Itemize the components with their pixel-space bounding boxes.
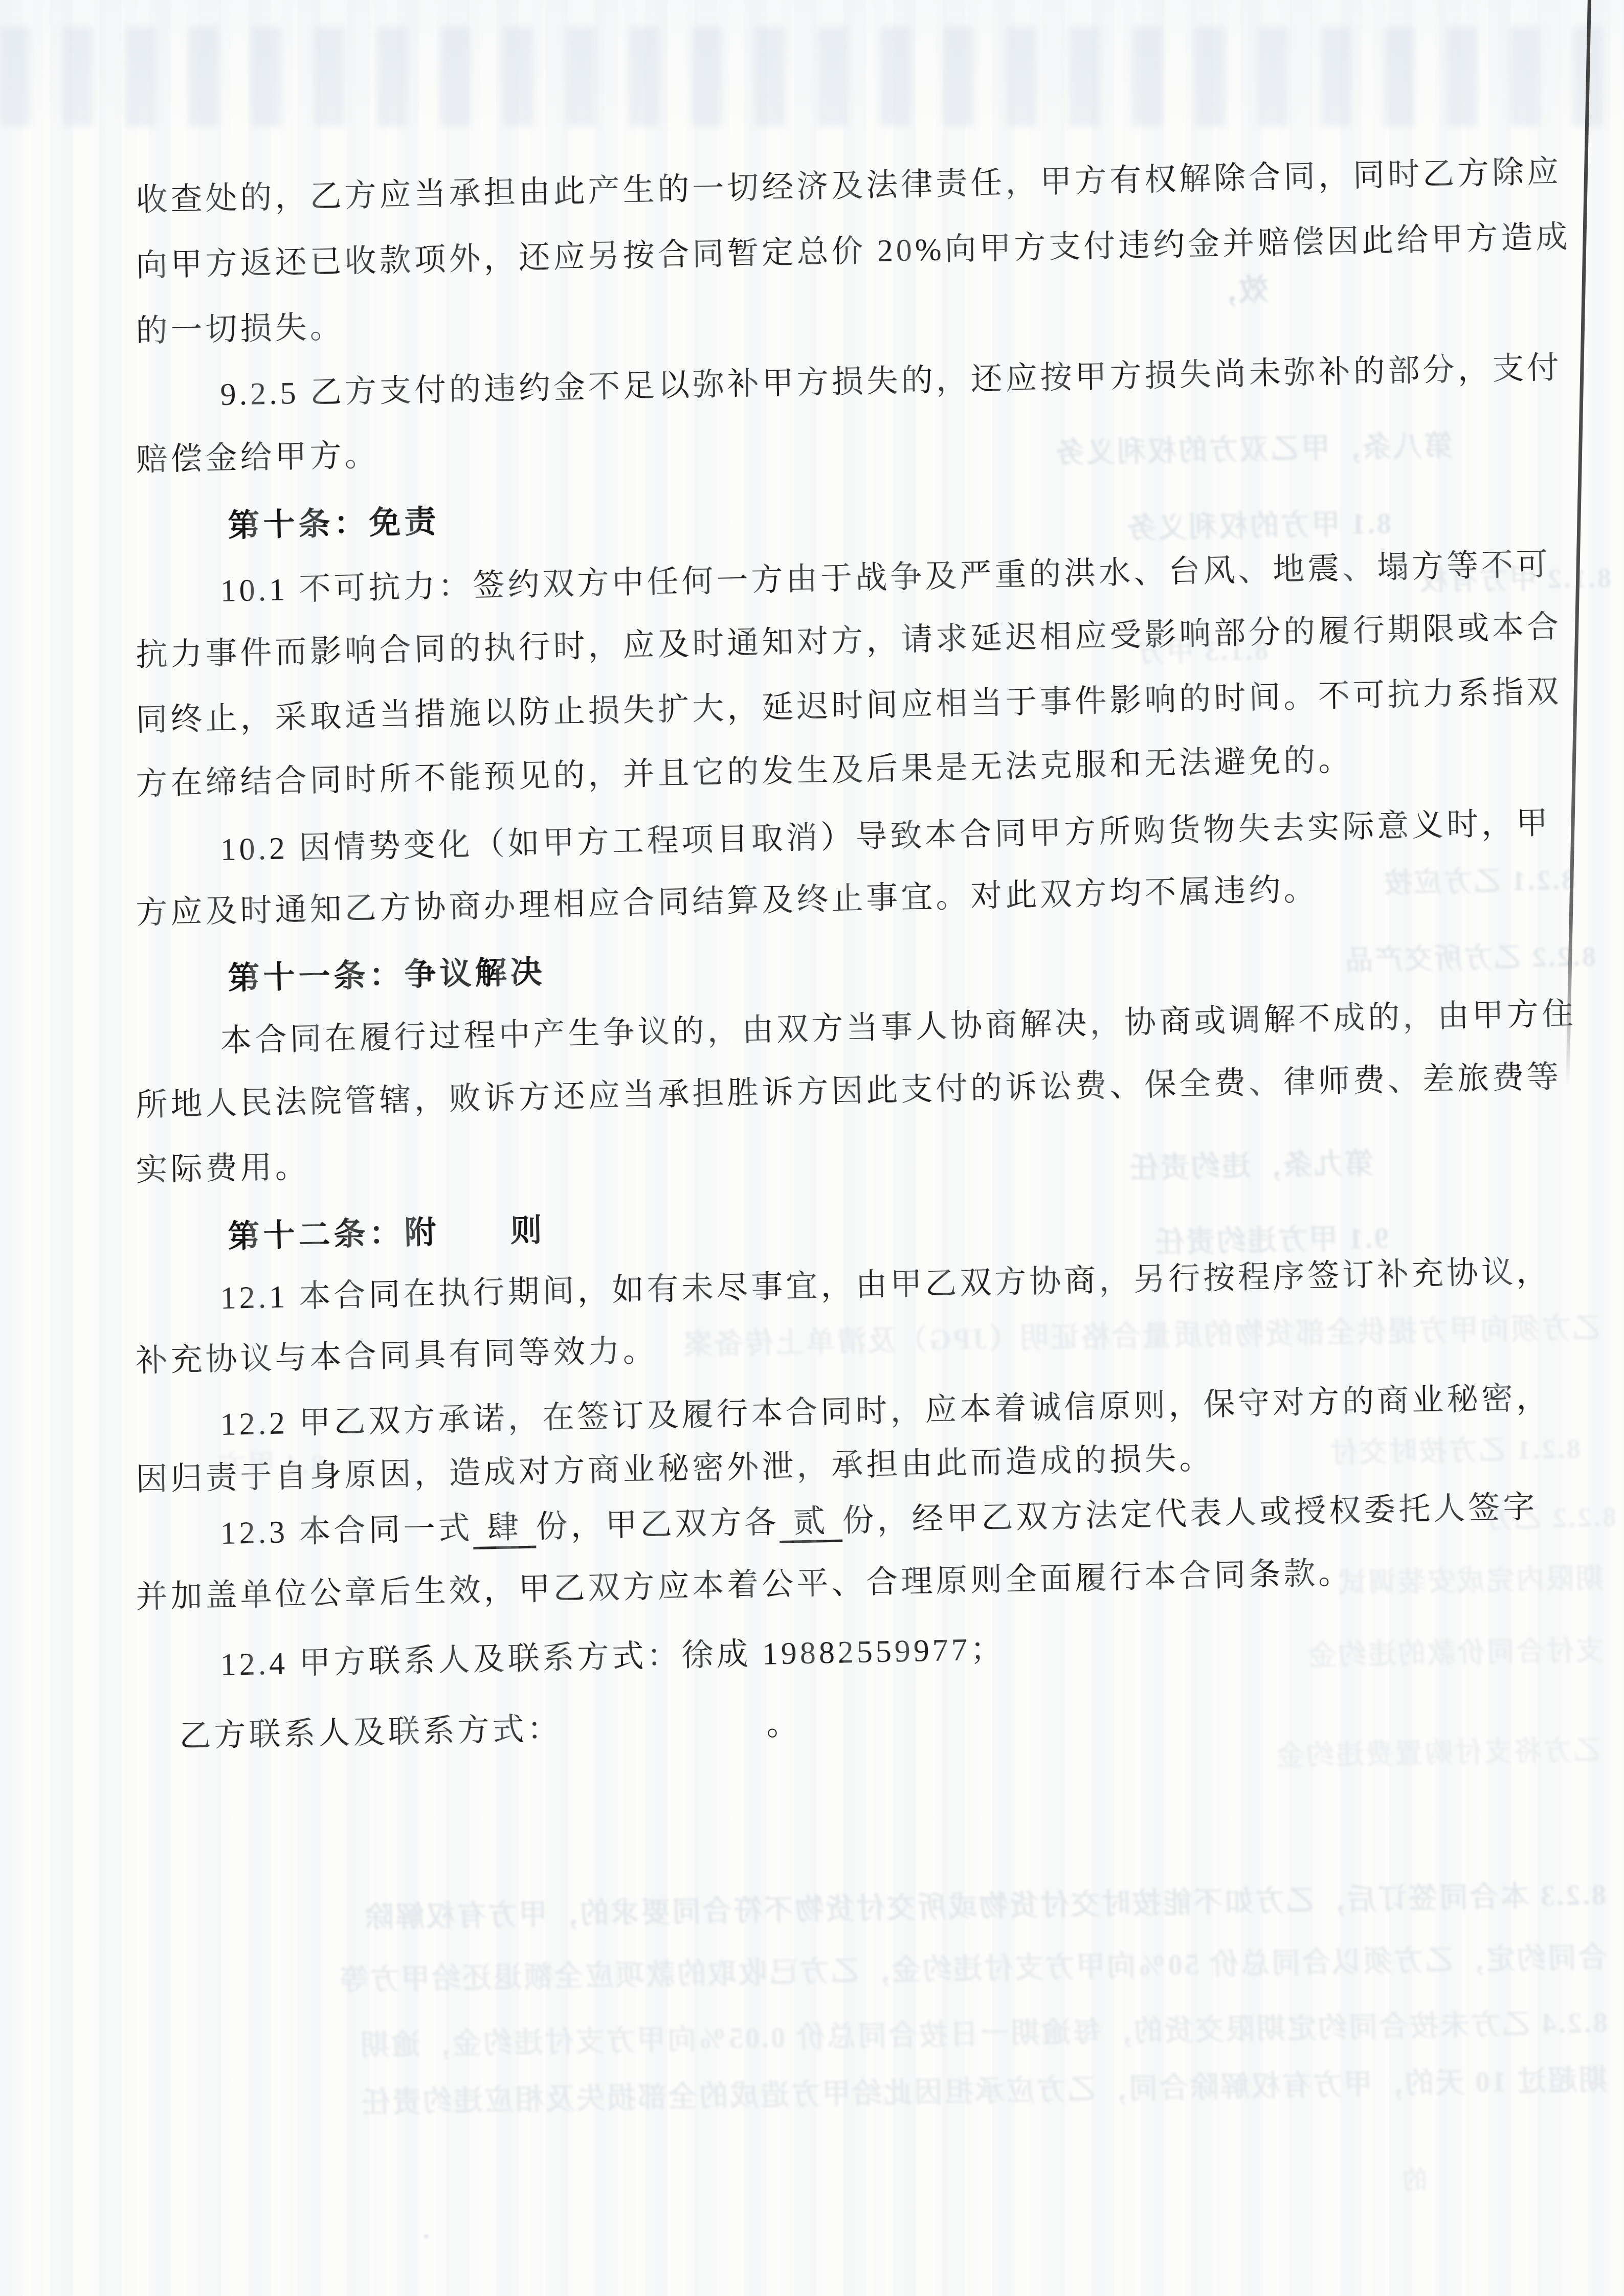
bleed-through-line: 8.2.1 乙方应按 <box>1329 865 1575 900</box>
bleed-through-line: 的 <box>1355 2168 1428 2196</box>
bleed-through-line: ． <box>389 2219 430 2243</box>
heading-line: 第十条：免责 <box>228 505 440 544</box>
text-line: 10.2 因情势变化（如甲方工程项目取消）导致本合同甲方所购货物失去实际意义时，… <box>220 806 1551 867</box>
text-line: 12.3 本合同一式 肆 份，甲乙双方各 贰 份，经甲乙双方法定代表人或授权委托… <box>220 1490 1538 1551</box>
page-edge-shadow-line <box>1566 0 1591 1086</box>
bleed-through-line: 第九条，违约责任 <box>1138 1149 1373 1184</box>
text-line: 向甲方返还已收款项外，还应另按合同暂定总价 20%向甲方支付违约金并赔偿因此给甲… <box>136 220 1571 283</box>
text-line: 补充协议与本合同具有同等效力。 <box>136 1334 658 1379</box>
scan-artifact-band <box>0 27 1624 126</box>
text-line: 12.2 甲乙双方承诺，在签订及履行本合同时，应本着诚信原则，保守对方的商业秘密… <box>220 1381 1551 1442</box>
text-line: 同终止，采取适当措施以防止损失扩大，延迟时间应相当于事件影响的时间。不可抗力系指… <box>136 674 1562 738</box>
bleed-through-line: 期超过 10 天的，甲方有权解除合同，乙方应承担因此给甲方造成的全部损失及相应违… <box>140 2065 1608 2123</box>
bleed-through-line: 乙方将支付购置费违约金 <box>1243 1736 1601 1772</box>
bleed-through-line: 8.2.4 乙方未按合同约定期限交货的，每逾期一日按合同总价 0.05%向甲方支… <box>145 2008 1608 2066</box>
underlined-fill-in: 肆 <box>473 1510 536 1549</box>
text-line: 并加盖单位公章后生效，甲乙双方应本着公平、合理原则全面履行本合同条款。 <box>136 1556 1353 1615</box>
bleed-through-line: 第八条，甲乙双方的权利义务 <box>1013 431 1453 470</box>
bleed-through-line: 合同约定，乙方须以合同总价 50%向甲方支付违约金，乙方已收取的款项应全额退还给… <box>149 1942 1608 2000</box>
text-line: 10.1 不可抗力：签约双方中任何一方由于战争及严重的洪水、台风、地震、塌方等不… <box>220 547 1551 609</box>
bleed-through-line: 8.2.3 本合同签订后，乙方如不能按时交付货物或所交付货物不符合同要求的，甲方… <box>153 1880 1607 1938</box>
text-line: 12.1 本合同在执行期间，如有未尽事宜，由甲乙双方协商，另行按程序签订补充协议… <box>220 1254 1551 1316</box>
bleed-through-line: 8.1 甲方的权利义务 <box>1063 508 1391 546</box>
text-line: 方在缔结合同时所不能预见的，并且它的发生及后果是无法克服和无法避免的。 <box>136 742 1353 802</box>
text-line: 9.2.5 乙方支付的违约金不足以弥补甲方损失的，还应按甲方损失尚未弥补的部分，… <box>220 350 1562 412</box>
text-line: 实际费用。 <box>136 1150 310 1188</box>
blank-fill-space <box>562 1735 767 1739</box>
bleed-through-line: 8.2.2 乙方所交产品 <box>1309 941 1596 977</box>
text-line: 收查处的，乙方应当承担由此产生的一切经济及法律责任，甲方有权解除合同，同时乙方除… <box>136 154 1562 218</box>
text-line: 赔偿金给甲方。 <box>136 438 380 478</box>
text-line: 的一切损失。 <box>136 310 345 349</box>
text-line: 本合同在履行过程中产生争议的，由双方当事人协商解决，协商或调解不成的，由甲方住 <box>220 997 1577 1059</box>
text-line: 方应及时通知乙方协商办理相应合同结算及终止事宜。对此双方均不属违约。 <box>136 872 1319 931</box>
bleed-through-line: 效， <box>1191 274 1269 308</box>
text-line: 所地人民法院管辖，败诉方还应当承担胜诉方因此支付的诉讼费、保全费、律师费、差旅费… <box>136 1060 1562 1123</box>
heading-line: 第十二条：附 则 <box>228 1213 546 1255</box>
text-line: 抗力事件而影响合同的执行时，应及时通知对方，请求延迟相应受影响部分的履行期限或本… <box>136 610 1562 673</box>
bleed-through-line: 9.1 甲方违约责任 <box>1153 1223 1389 1259</box>
bleed-through-line: 8.2.1 乙方按时交付 <box>1243 1434 1581 1470</box>
bleed-through-line: 乙方须向甲方提供全部货物的质量合格证明（JPG）及清单上传备案 <box>532 1313 1601 1364</box>
heading-line: 第十一条：争议解决 <box>228 955 546 997</box>
text-line: 乙方联系人及联系方式：。 <box>179 1707 802 1754</box>
underlined-fill-in: 贰 <box>779 1504 842 1543</box>
text-line: 12.4 甲方联系人及联系方式：徐成 19882559977； <box>220 1632 1006 1682</box>
scanned-page: 收查处的，乙方应当承担由此产生的一切经济及法律责任，甲方有权解除合同，同时乙方除… <box>0 0 1624 2296</box>
bleed-through-line: 支付合同价款的违约金 <box>1245 1636 1604 1673</box>
